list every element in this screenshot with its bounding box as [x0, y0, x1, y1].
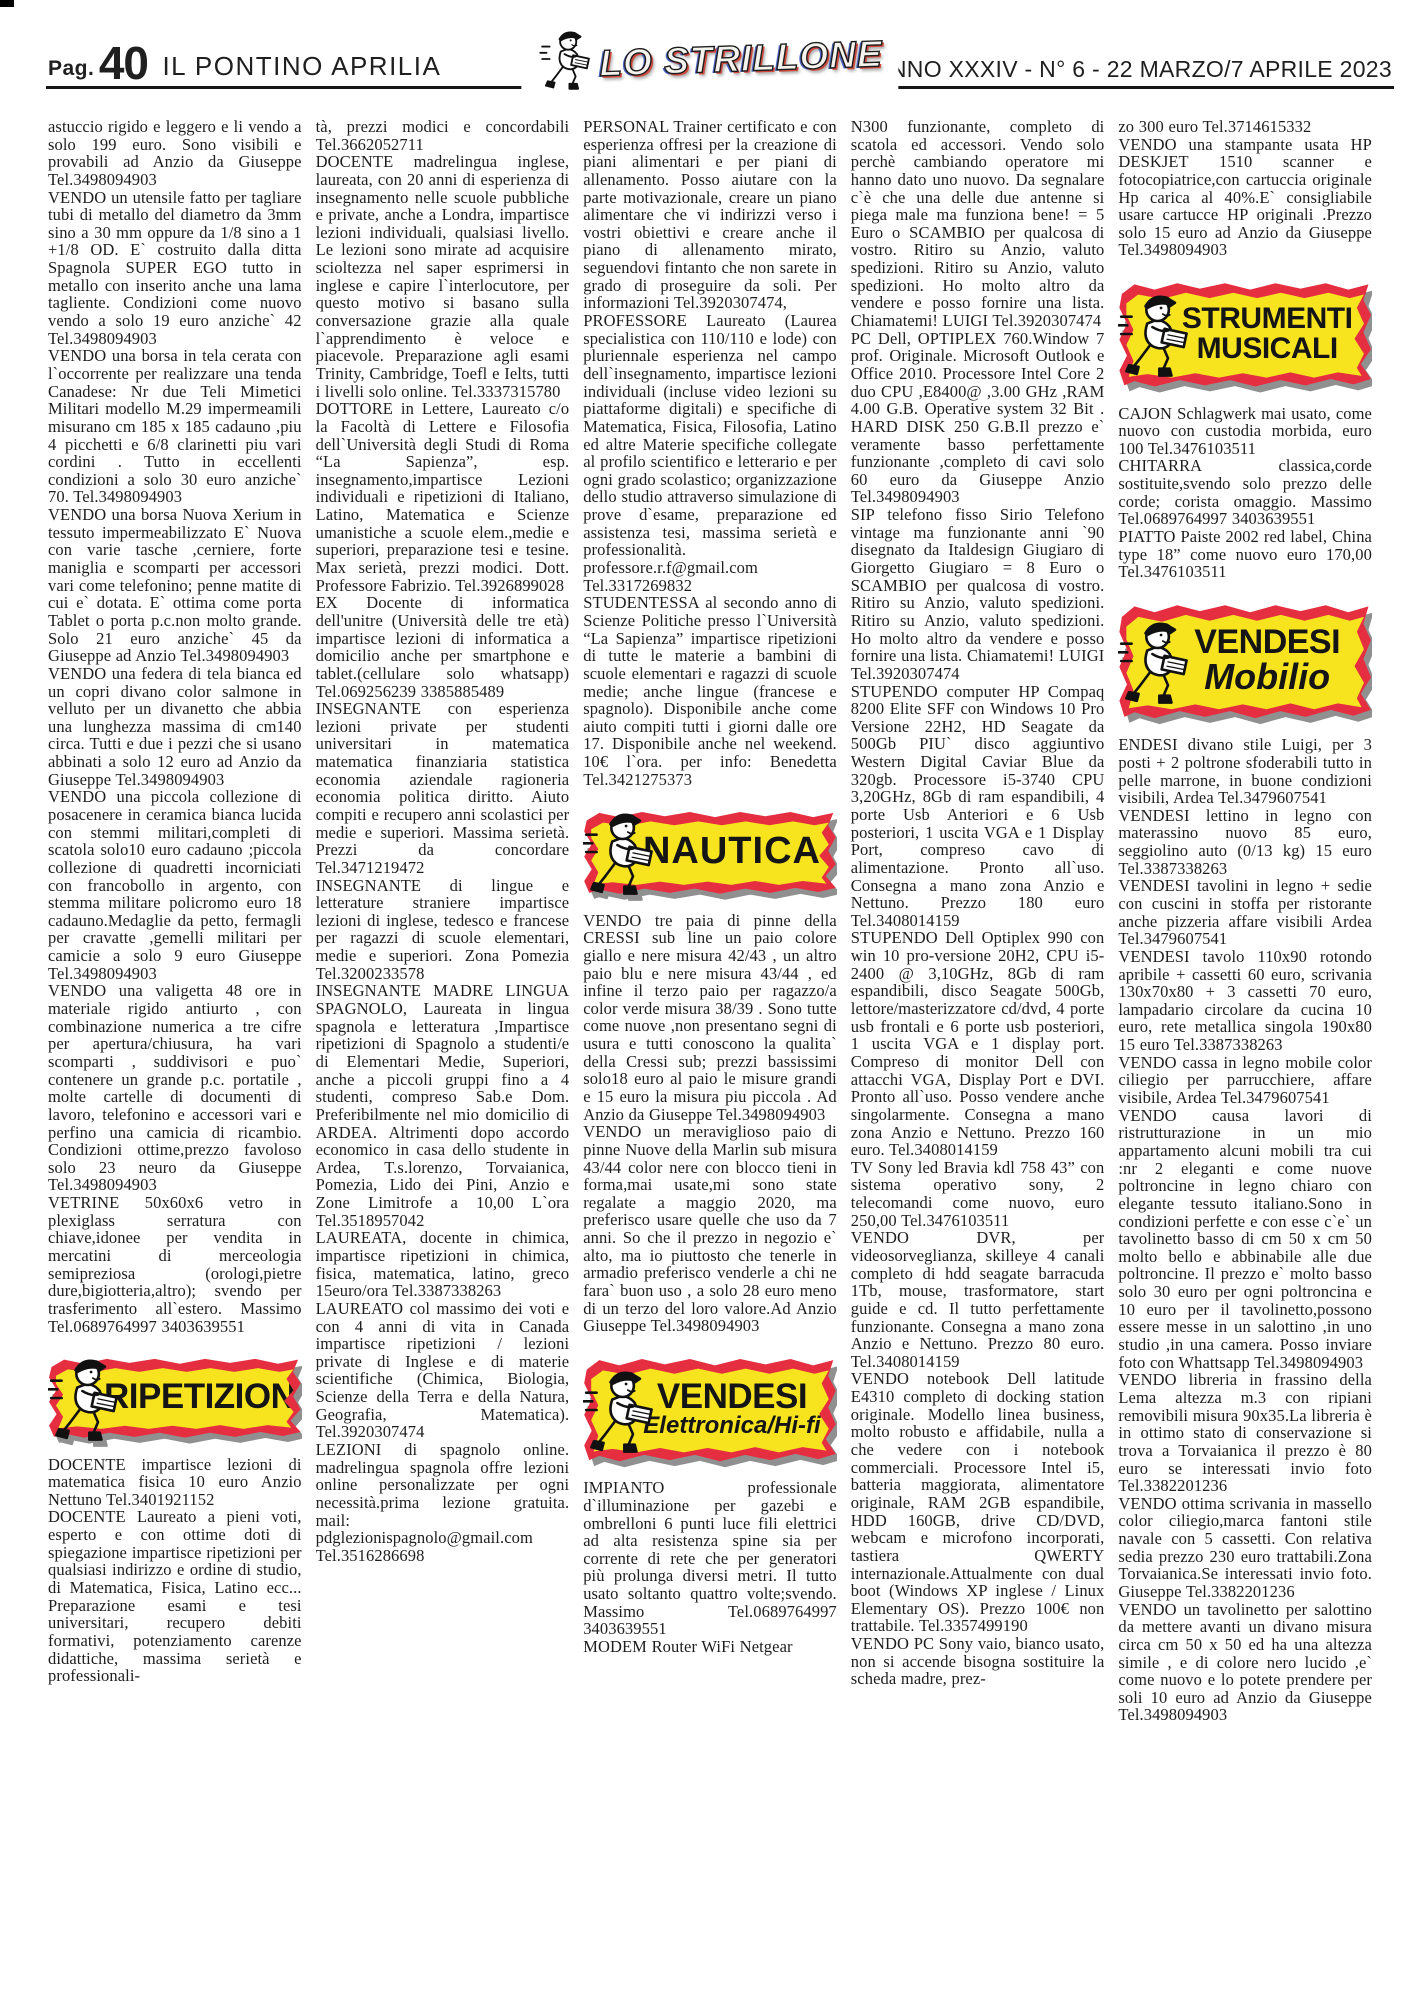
page-label: Pag. [48, 57, 94, 80]
classified-ad: INSEGNANTE MADRE LINGUA SPAGNOLO, Laurea… [316, 982, 570, 1229]
classified-ad: IMPIANTO professionale d`illuminazione p… [583, 1479, 837, 1638]
section-banner-nautica: NAUTICA [584, 810, 836, 894]
news-column-1: astuccio rigido e leggero e li vendo a s… [48, 118, 302, 1986]
section-banner-title: RIPETIZIONI [104, 1380, 290, 1414]
classified-ad: VENDO una borsa Nuova Xerium in tessuto … [48, 506, 302, 665]
section-banner-subtitle: Elettronica/Hi-fi [639, 1414, 825, 1438]
classified-ad: STUDENTESSA al secondo anno di Scienze P… [583, 594, 837, 788]
section-banner-subtitle: Mobilio [1174, 659, 1360, 695]
classified-ad: EX Docente di informatica dell'unitre (U… [316, 594, 570, 700]
news-column-3: PERSONAL Trainer certificato e con esper… [583, 118, 837, 1986]
classified-ad: LAUREATO col massimo dei voti e con 4 an… [316, 1300, 570, 1441]
classified-ad: VENDO tre paia di pinne della CRESSI sub… [583, 912, 837, 1124]
newsboy-mascot-icon [1118, 617, 1194, 705]
news-column-5: zo 300 euro Tel.3714615332VENDO una stam… [1118, 118, 1372, 1986]
classified-ad: VENDO DVR, per videosorveglianza, skille… [851, 1229, 1105, 1370]
classified-ad: LAUREATA, docente in chimica, impartisce… [316, 1229, 570, 1300]
classified-ad: CHITARRA classica,corde sostituite,svend… [1118, 457, 1372, 528]
classified-ad: SIP telefono fisso Sirio Telefono vintag… [851, 506, 1105, 682]
section-banner-ripetizioni: RIPETIZIONI [49, 1357, 301, 1438]
classified-ad: VENDO un tavolinetto per salottino da me… [1118, 1601, 1372, 1724]
news-column-4: N300 funzionante, completo di scatola ed… [851, 118, 1105, 1986]
classified-ad: zo 300 euro Tel.3714615332 [1118, 118, 1372, 136]
newsboy-mascot-icon [537, 28, 595, 90]
section-banner-elettronica: VENDESI Elettronica/Hi-fi [584, 1357, 836, 1462]
classified-ad: VETRINE 50x60x6 vetro in plexiglass serr… [48, 1194, 302, 1335]
classified-ad: LEZIONI di spagnolo online. madrelingua … [316, 1441, 570, 1564]
classifieds-columns: astuccio rigido e leggero e li vendo a s… [0, 118, 1420, 1986]
classified-ad: VENDESI lettino in legno con materassino… [1118, 807, 1372, 878]
newsboy-mascot-icon [583, 808, 659, 896]
classified-ad: VENDO una borsa in tela cerata con l`occ… [48, 347, 302, 506]
news-column-2: tà, prezzi modici e concordabili Tel.366… [316, 118, 570, 1986]
classified-ad: INSEGNANTE di lingue e letterature stran… [316, 877, 570, 983]
classified-ad: PROFESSORE Laureato (Laurea specialistic… [583, 312, 837, 594]
classified-ad: VENDO PC Sony vaio, bianco usato, non si… [851, 1635, 1105, 1688]
classified-ad: VENDO una federa di tela bianca ed un co… [48, 665, 302, 788]
logo-text: LO STRILLONE [599, 33, 884, 85]
classified-ad: PC Dell, OPTIPLEX 760.Window 7 prof. Ori… [851, 330, 1105, 506]
newsboy-mascot-icon [1118, 290, 1194, 378]
logo-lo-strillone: LO STRILLONE [521, 26, 898, 96]
classified-ad: VENDO libreria in frassino della Lema al… [1118, 1371, 1372, 1494]
classified-ad: VENDESI tavolo 110x90 rotondo apribile +… [1118, 948, 1372, 1054]
masthead: Pag. 40 IL PONTINO APRILIA [0, 0, 1420, 96]
classified-ad: VENDO causa lavori di ristrutturazione i… [1118, 1107, 1372, 1372]
section-banner-title: STRUMENTI [1174, 304, 1360, 333]
classified-ad: DOCENTE madrelingua inglese, laureata, c… [316, 153, 570, 400]
issue-info: ANNO XXXIV - N° 6 - 22 MARZO/7 APRILE 20… [874, 56, 1392, 83]
section-banner-title: VENDESI [639, 1380, 825, 1414]
classified-ad: PIATTO Paiste 2002 red label, China type… [1118, 528, 1372, 581]
section-banner-subtitle: MUSICALI [1174, 334, 1360, 364]
classified-ad: VENDO un meraviglioso paio di pinne Nuov… [583, 1123, 837, 1335]
publication-name: IL PONTINO APRILIA [162, 51, 441, 81]
section-banner-title: NAUTICA [639, 833, 825, 870]
classified-ad: VENDO una stampante usata HP DESKJET 151… [1118, 136, 1372, 259]
page-number: 40 [99, 37, 148, 89]
classified-ad: VENDO una piccola collezione di posacene… [48, 788, 302, 982]
classified-ad: CAJON Schlagwerk mai usato, come nuovo c… [1118, 405, 1372, 458]
classified-ad: VENDESI tavolini in legno + sedie con cu… [1118, 877, 1372, 948]
section-banner-mobilio: VENDESI Mobilio [1119, 603, 1371, 719]
classified-ad: INSEGNANTE con esperienza lezioni privat… [316, 700, 570, 876]
classified-ad: tà, prezzi modici e concordabili Tel.366… [316, 118, 570, 153]
classified-ad: DOCENTE Laureato a pieni voti, esperto e… [48, 1508, 302, 1684]
section-banner-title: VENDESI [1174, 626, 1360, 659]
classified-ad: PERSONAL Trainer certificato e con esper… [583, 118, 837, 312]
section-banner-strumenti: STRUMENTI MUSICALI [1119, 281, 1371, 387]
classified-ad: VENDO un utensile fatto per tagliare tub… [48, 189, 302, 348]
classified-ad: STUPENDO Dell Optiplex 990 con win 10 pr… [851, 929, 1105, 1158]
newsboy-mascot-icon [48, 1354, 124, 1442]
classified-ad: astuccio rigido e leggero e li vendo a s… [48, 118, 302, 189]
classified-ad: VENDO notebook Dell latitude E4310 compl… [851, 1370, 1105, 1635]
newspaper-page: Pag. 40 IL PONTINO APRILIA [0, 0, 1420, 2000]
classified-ad: VENDO cassa in legno mobile color cilieg… [1118, 1054, 1372, 1107]
classified-ad: TV Sony led Bravia kdl 758 43” con siste… [851, 1159, 1105, 1230]
newsboy-mascot-icon [583, 1366, 659, 1454]
masthead-left: Pag. 40 IL PONTINO APRILIA [48, 40, 441, 86]
classified-ad: MODEM Router WiFi Netgear [583, 1638, 837, 1656]
classified-ad: VENDO ottima scrivania in massello color… [1118, 1495, 1372, 1601]
classified-ad: DOCENTE impartisce lezioni di matematica… [48, 1456, 302, 1509]
classified-ad: STUPENDO computer HP Compaq 8200 Elite S… [851, 683, 1105, 930]
classified-ad: DOTTORE in Lettere, Laureato c/o la Faco… [316, 400, 570, 594]
classified-ad: VENDO una valigetta 48 ore in materiale … [48, 982, 302, 1194]
classified-ad: ENDESI divano stile Luigi, per 3 posti +… [1118, 736, 1372, 807]
classified-ad: N300 funzionante, completo di scatola ed… [851, 118, 1105, 330]
